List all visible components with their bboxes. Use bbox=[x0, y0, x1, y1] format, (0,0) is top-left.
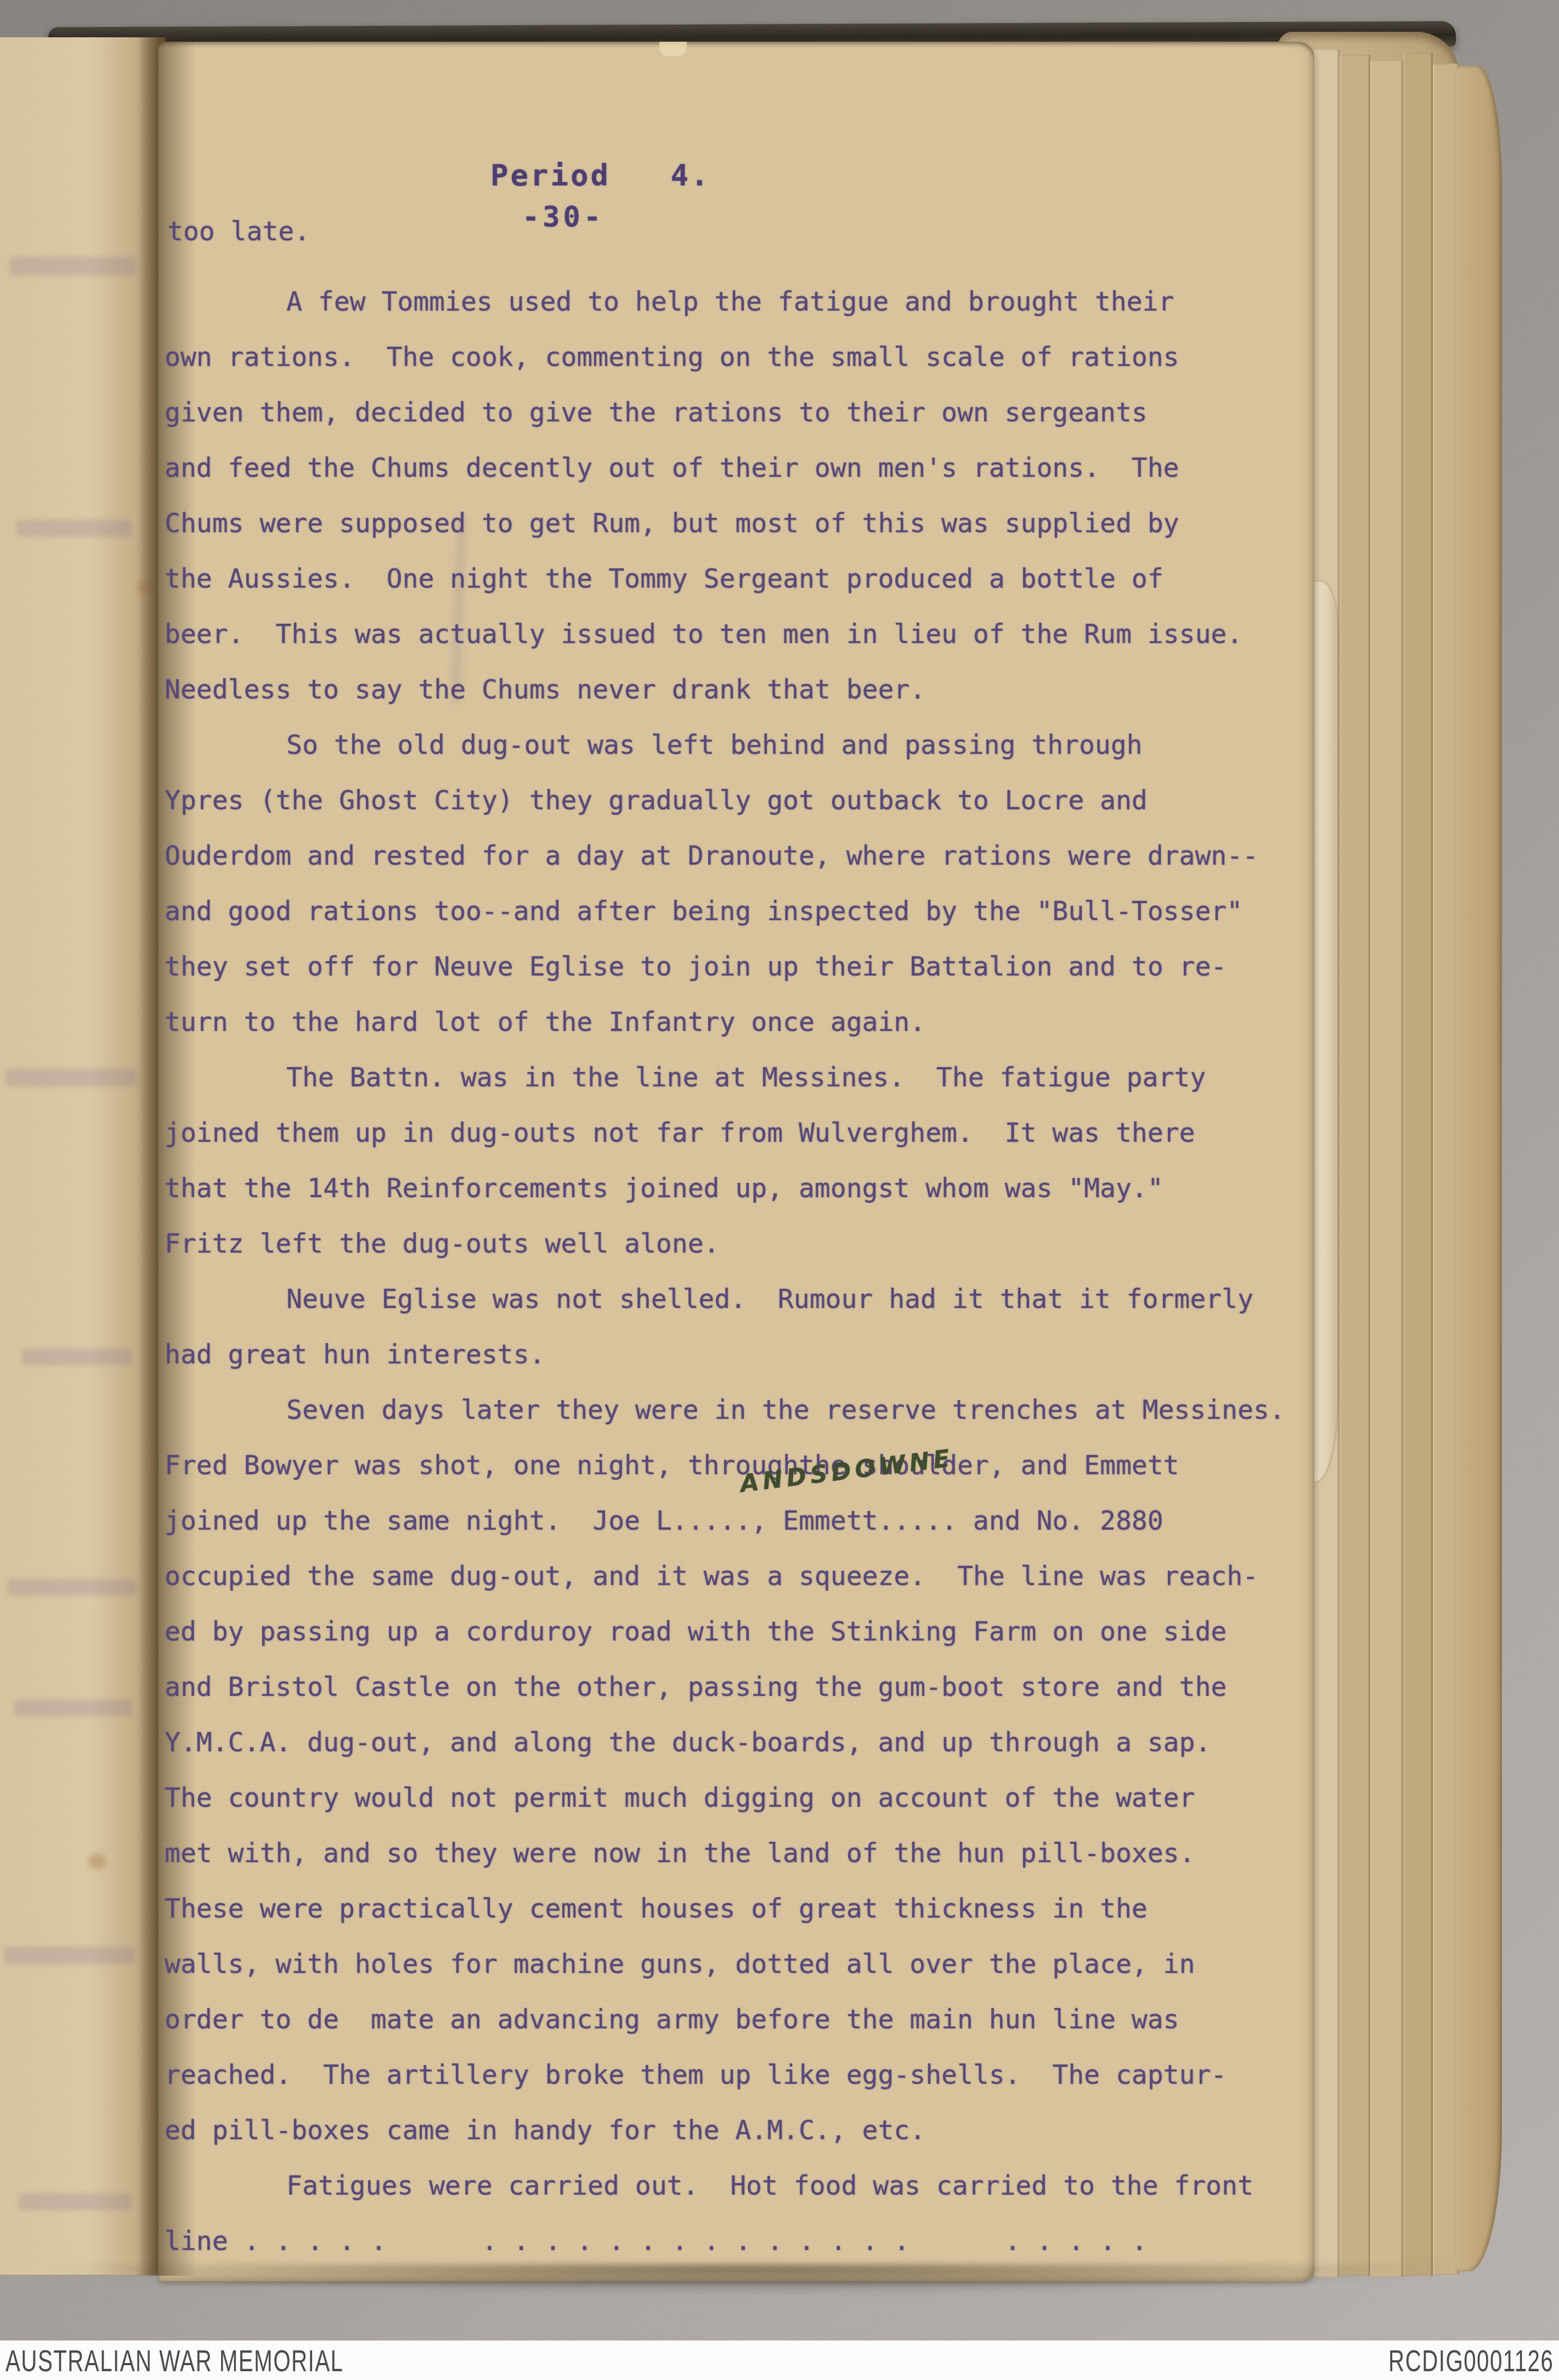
typed-line: beer. This was actually issued to ten me… bbox=[165, 607, 1311, 662]
typed-line: A few Tommies used to help the fatigue a… bbox=[165, 274, 1311, 330]
typed-line: Fred Bowyer was shot, one night, through… bbox=[165, 1438, 1311, 1493]
typed-line: and feed the Chums decently out of their… bbox=[165, 441, 1311, 496]
typed-line: that the 14th Reinforcements joined up, … bbox=[165, 1161, 1311, 1216]
archive-footer-bar: AUSTRALIAN WAR MEMORIAL RCDIG0001126 bbox=[0, 2340, 1559, 2380]
bleed-through-mark bbox=[10, 257, 136, 275]
bleed-through-mark bbox=[4, 1947, 135, 1964]
typed-line: Ouderdom and rested for a day at Dranout… bbox=[165, 828, 1311, 884]
bleed-through-mark bbox=[5, 1069, 137, 1086]
typed-body-text: A few Tommies used to help the fatigue a… bbox=[165, 274, 1311, 2269]
typed-line: given them, decided to give the rations … bbox=[165, 385, 1311, 441]
typed-line: Neuve Eglise was not shelled. Rumour had… bbox=[165, 1272, 1311, 1327]
archive-institution-label: AUSTRALIAN WAR MEMORIAL bbox=[5, 2343, 343, 2378]
typed-line: Ypres (the Ghost City) they gradually go… bbox=[165, 773, 1311, 828]
typed-line: met with, and so they were now in the la… bbox=[165, 1826, 1311, 1881]
bleed-through-mark bbox=[14, 1700, 132, 1716]
typed-line: reached. The artillery broke them up lik… bbox=[165, 2048, 1311, 2103]
typed-line: had great hun interests. bbox=[165, 1327, 1311, 1383]
typed-line: ed by passing up a corduroy road with th… bbox=[165, 1604, 1311, 1660]
page-edge-strip bbox=[1370, 60, 1403, 2277]
typed-line: Fritz left the dug-outs well alone. bbox=[165, 1216, 1311, 1272]
bleed-through-mark bbox=[8, 1579, 137, 1595]
bleed-through-mark bbox=[16, 520, 132, 537]
age-spot bbox=[88, 1853, 106, 1870]
typed-line: and good rations too--and after being in… bbox=[165, 884, 1311, 939]
typed-line: line . . . . . . . . . . . . . . . . . .… bbox=[165, 2214, 1311, 2269]
page-edge-strip bbox=[1340, 55, 1370, 2276]
typed-line: Seven days later they were in the reserv… bbox=[165, 1383, 1311, 1438]
typed-line: The Battn. was in the line at Messines. … bbox=[165, 1050, 1311, 1106]
typed-line: order to de mate an advancing army befor… bbox=[165, 1992, 1311, 2048]
period-heading: Period 4. bbox=[490, 158, 711, 193]
bleed-through-mark bbox=[19, 2193, 131, 2210]
page-edge-strip bbox=[1403, 53, 1433, 2276]
carryover-line: too late. bbox=[167, 216, 310, 247]
typed-line: These were practically cement houses of … bbox=[165, 1881, 1311, 1937]
typed-line: own rations. The cook, commenting on the… bbox=[165, 330, 1311, 385]
typed-line: joined them up in dug-outs not far from … bbox=[165, 1106, 1311, 1161]
page-stack-outer-edge bbox=[1455, 66, 1502, 2271]
typed-line: they set off for Neuve Eglise to join up… bbox=[165, 939, 1311, 995]
typed-line: Fatigues were carried out. Hot food was … bbox=[165, 2158, 1311, 2214]
bleed-through-mark bbox=[22, 1349, 132, 1365]
page-bottom-shadow bbox=[49, 2265, 1454, 2300]
typed-line: So the old dug-out was left behind and p… bbox=[165, 718, 1311, 773]
typed-line: joined up the same night. Joe L....., Em… bbox=[165, 1493, 1311, 1549]
page-number: -30- bbox=[522, 201, 604, 234]
typed-line: Needless to say the Chums never drank th… bbox=[165, 662, 1311, 718]
typed-line: The country would not permit much diggin… bbox=[165, 1770, 1311, 1826]
archive-item-id: RCDIG0001126 bbox=[1388, 2343, 1554, 2378]
typed-line: ed pill-boxes came in handy for the A.M.… bbox=[165, 2103, 1311, 2158]
page-top-notch bbox=[659, 42, 687, 56]
typed-line: walls, with holes for machine guns, dott… bbox=[165, 1937, 1311, 1992]
typed-line: and Bristol Castle on the other, passing… bbox=[165, 1660, 1311, 1715]
typed-line: turn to the hard lot of the Infantry onc… bbox=[165, 995, 1311, 1050]
typed-line: Chums were supposed to get Rum, but most… bbox=[165, 496, 1311, 551]
typed-line: Y.M.C.A. dug-out, and along the duck-boa… bbox=[165, 1715, 1311, 1770]
typed-line: the Aussies. One night the Tommy Sergean… bbox=[165, 551, 1311, 607]
scanned-document-photo: Period 4. -30- too late. A few Tommies u… bbox=[0, 0, 1559, 2380]
typed-line: occupied the same dug-out, and it was a … bbox=[165, 1549, 1311, 1604]
